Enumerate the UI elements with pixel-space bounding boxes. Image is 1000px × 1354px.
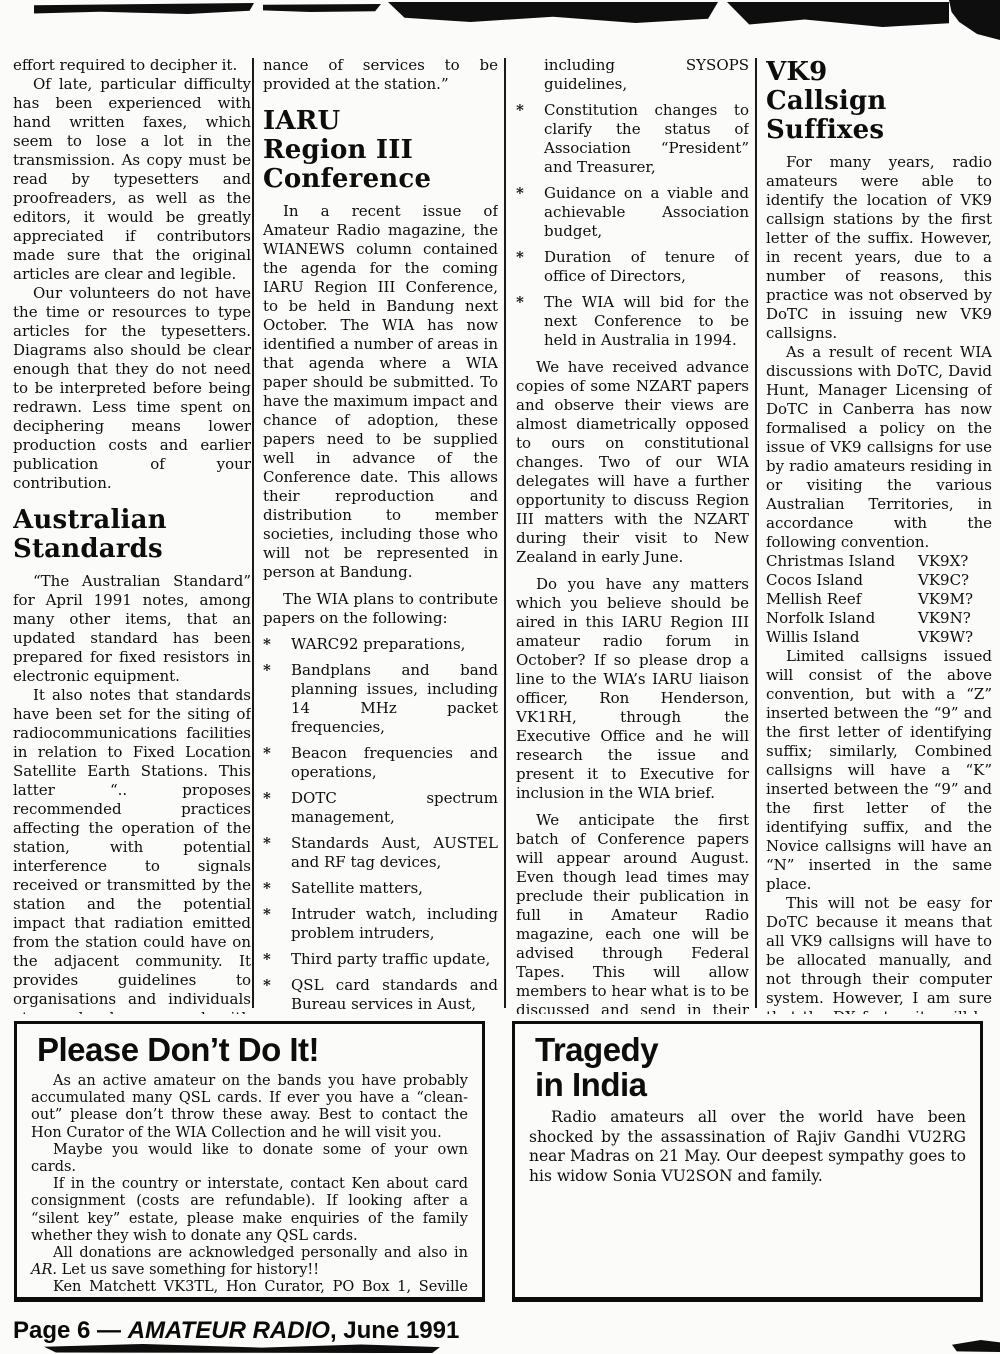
bullet-item: * Constitution changes to clarify the st… [516,101,749,177]
contact-line: Ken Matchett VK3TL, Hon Curator, PO Box … [31,1279,468,1302]
bullet-item: * Third party traffic update, [263,950,498,969]
bullet-marker: * [516,184,544,241]
body-paragraph: In a recent issue of Amateur Radio magaz… [263,202,498,582]
bullet-item: * QSL card standards and Bureau services… [263,976,498,1014]
body-paragraph: We have received advance copies of some … [516,358,749,567]
body-paragraph: This will not be easy for DoTC because i… [766,894,992,1014]
body-paragraph: We anticipate the first batch of Confere… [516,811,749,1014]
callsign-row: Christmas Island VK9X? [766,552,992,571]
bullet-marker: * [263,976,291,1014]
bullet-text: WARC92 preparations, [291,635,498,654]
bullet-text: Third party traffic update, [291,950,498,969]
scan-artifact-top-1 [34,3,254,14]
bullet-text: Standards Aust, AUSTEL and RF tag device… [291,834,498,872]
territory-name: Mellish Reef [766,590,918,609]
column-divider-2 [504,58,506,1008]
bullet-text: QSL card standards and Bureau services i… [291,976,498,1014]
body-paragraph: Of late, particular difficulty has been … [13,75,251,284]
bullet-text: Constitution changes to clarify the stat… [544,101,749,177]
bullet-text: Intruder watch, including problem intrud… [291,905,498,943]
page-number-label: Page 6 — [13,1317,128,1344]
territory-name: Christmas Island [766,552,918,571]
box-title-line: in India [535,1067,966,1102]
column-4: VK9 Callsign Suffixes For many years, ra… [766,56,992,1014]
bullet-item: * Duration of tenure of office of Direct… [516,248,749,286]
callsign-suffix: VK9C? [918,571,992,590]
bullet-marker: * [263,789,291,827]
scan-artifact-bottom-1 [44,1344,440,1353]
issue-date: , June 1991 [330,1317,459,1344]
body-paragraph: Do you have any matters which you believ… [516,575,749,803]
box-title-text: Please Don’t Do It! [37,1031,319,1068]
heading-line: IARU [263,107,498,136]
bullet-marker: * [263,834,291,872]
scan-artifact-top-3 [388,2,718,23]
bullet-text: The WIA will bid for the next Conference… [544,293,749,350]
section-heading-vk9-callsign-suffixes: VK9 Callsign Suffixes [766,58,992,145]
territory-name: Willis Island [766,628,918,647]
scan-artifact-top-5 [949,0,1000,40]
body-paragraph: The WIA plans to contribute papers on th… [263,590,498,628]
callsign-suffix: VK9M? [918,590,992,609]
bullet-marker: * [263,905,291,943]
heading-line: Standards [13,535,251,564]
callsign-row: Norfolk Island VK9N? [766,609,992,628]
box-title: Please Don’t Do It! [37,1032,468,1067]
territory-name: Cocos Island [766,571,918,590]
magazine-abbreviation: AR [31,1262,52,1278]
section-heading-australian-standards: Australian Standards [13,506,251,564]
bullet-continuation: including SYSOPS guidelines, [544,56,749,94]
callsign-suffix: VK9X? [918,552,992,571]
bullet-text: Satellite matters, [291,879,498,898]
body-paragraph: Our volunteers do not have the time or r… [13,284,251,493]
ack-text: All donations are acknowledged personall… [53,1245,468,1261]
bullet-item: * Standards Aust, AUSTEL and RF tag devi… [263,834,498,872]
heading-line: VK9 [766,58,992,87]
body-paragraph: nance of services to be provided at the … [263,56,498,94]
section-heading-iaru-region-iii-conference: IARU Region III Conference [263,107,498,194]
bullet-marker: * [516,293,544,350]
scan-artifact-top-2 [263,4,381,12]
column-divider-3 [755,58,757,1008]
box-paragraph: As an active amateur on the bands you ha… [31,1073,468,1142]
body-paragraph: It also notes that standards have been s… [13,686,251,1014]
bullet-item: * The WIA will bid for the next Conferen… [516,293,749,350]
heading-line: Suffixes [766,116,992,145]
bullet-marker: * [263,744,291,782]
box-paragraph: Maybe you would like to donate some of y… [31,1142,468,1176]
bullet-item: * Satellite matters, [263,879,498,898]
page-footer: Page 6 — AMATEUR RADIO, June 1991 [13,1317,459,1345]
scan-artifact-bottom-2 [952,1340,1000,1352]
scan-artifact-top-4 [727,2,949,27]
bullet-text: Beacon frequencies and operations, [291,744,498,782]
heading-line: Region III [263,136,498,165]
body-paragraph: Limited callsigns issued will consist of… [766,647,992,894]
bullet-item: * Intruder watch, including problem intr… [263,905,498,943]
callsign-suffix: VK9W? [918,628,992,647]
bullet-text: Bandplans and band planning issues, incl… [291,661,498,737]
box-paragraph: Radio amateurs all over the world have b… [529,1108,966,1186]
bullet-marker: * [263,635,291,654]
box-title-line: Tragedy [535,1032,966,1067]
column-divider-1 [252,58,254,1008]
tragedy-in-india-box: Tragedy in India Radio amateurs all over… [512,1021,983,1302]
body-paragraph: As a result of recent WIA discussions wi… [766,343,992,552]
heading-line: Australian [13,506,251,535]
bullet-marker: * [263,661,291,737]
bullet-text: Duration of tenure of office of Director… [544,248,749,286]
body-paragraph: effort required to decipher it. [13,56,251,75]
bullet-text: DOTC spectrum management, [291,789,498,827]
callsign-row: Willis Island VK9W? [766,628,992,647]
body-paragraph: For many years, radio amateurs were able… [766,153,992,343]
magazine-title: AMATEUR RADIO [128,1317,330,1344]
bullet-text: Guidance on a viable and achievable Asso… [544,184,749,241]
callsign-row: Mellish Reef VK9M? [766,590,992,609]
bullet-item: * Bandplans and band planning issues, in… [263,661,498,737]
column-3: including SYSOPS guidelines, * Constitut… [516,56,749,1014]
bullet-marker: * [263,879,291,898]
column-1: effort required to decipher it. Of late,… [13,56,251,1014]
column-2: nance of services to be provided at the … [263,56,498,1014]
bullet-marker: * [263,950,291,969]
ack-text: . Let us save something for history!! [52,1262,319,1278]
bullet-marker: * [516,248,544,286]
body-paragraph: “The Australian Standard” for April 1991… [13,572,251,686]
bullet-item: * WARC92 preparations, [263,635,498,654]
bullet-item: * Guidance on a viable and achievable As… [516,184,749,241]
bullet-item: * Beacon frequencies and operations, [263,744,498,782]
heading-line: Callsign [766,87,992,116]
box-paragraph: All donations are acknowledged personall… [31,1245,468,1279]
heading-line: Conference [263,165,498,194]
bullet-marker: * [516,101,544,177]
box-title: Tragedy in India [535,1032,966,1102]
callsign-row: Cocos Island VK9C? [766,571,992,590]
territory-name: Norfolk Island [766,609,918,628]
box-paragraph: If in the country or interstate, contact… [31,1176,468,1245]
qsl-donation-box: Please Don’t Do It! As an active amateur… [14,1021,485,1302]
bullet-item: * DOTC spectrum management, [263,789,498,827]
callsign-suffix: VK9N? [918,609,992,628]
